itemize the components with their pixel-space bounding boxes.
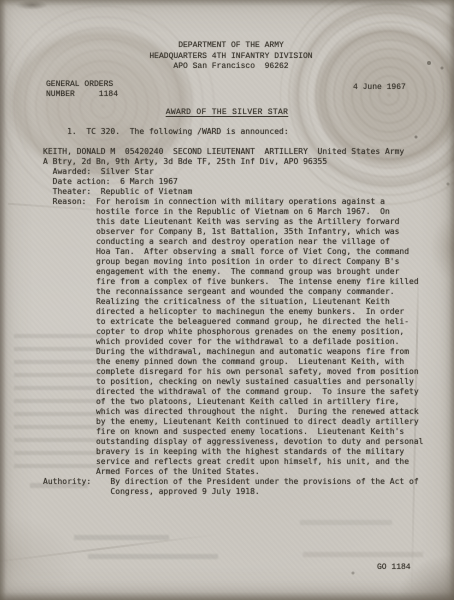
scanned-document-page: DEPARTMENT OF THE ARMY HEADQUARTERS 4TH … [0,0,454,600]
order-body-text: 1. TC 320. The following /WARD is announ… [43,127,424,497]
dirt-speckles [0,0,2,2]
letterhead: DEPARTMENT OF THE ARMY HEADQUARTERS 4TH … [0,41,454,73]
general-orders-number-block: GENERAL ORDERS NUMBER 1184 [46,80,118,100]
document-title: AWARD OF THE SILVER STAR [0,108,454,118]
bleed-through-line [88,554,218,559]
bleed-through-line [74,535,169,540]
paper-crease [0,533,219,564]
document-date: 4 June 1967 [353,83,406,93]
page-footer-go-number: GO 1184 [377,563,411,573]
bleed-through-line [303,552,423,557]
bleed-through-line [300,520,392,525]
